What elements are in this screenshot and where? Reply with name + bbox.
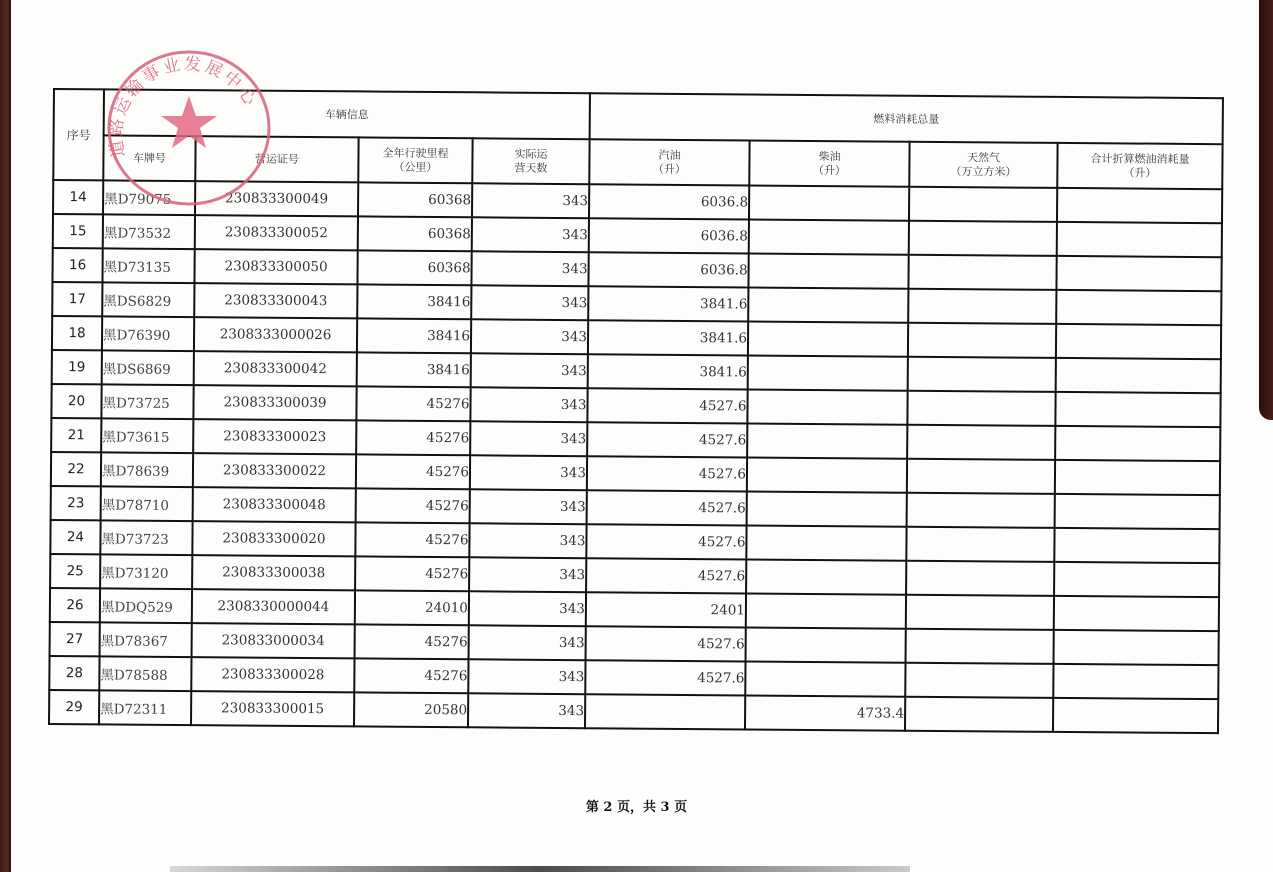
row-seq: 20 xyxy=(51,384,101,418)
row-gasoline: 4527.6 xyxy=(587,490,747,525)
header-days: 实际运 营天数 xyxy=(472,138,589,184)
row-total-equiv xyxy=(1055,460,1220,495)
row-natural-gas xyxy=(908,289,1056,324)
row-cert: 230833300052 xyxy=(195,215,358,250)
row-diesel xyxy=(748,287,908,322)
row-days: 343 xyxy=(470,421,587,456)
row-diesel xyxy=(747,457,907,492)
row-days: 343 xyxy=(468,693,585,728)
row-diesel xyxy=(749,185,909,220)
row-diesel xyxy=(749,219,909,254)
row-total-equiv xyxy=(1054,528,1219,563)
row-days: 343 xyxy=(471,353,588,388)
row-seq: 19 xyxy=(52,350,102,384)
row-total-equiv xyxy=(1053,698,1218,733)
row-total-equiv xyxy=(1055,426,1220,461)
row-gasoline: 4527.6 xyxy=(587,456,747,491)
row-total-equiv xyxy=(1054,562,1219,597)
row-cert: 230833300042 xyxy=(194,351,357,386)
row-plate: 黑DS6869 xyxy=(102,350,194,385)
row-mileage: 38416 xyxy=(357,352,471,387)
row-diesel xyxy=(748,253,908,288)
header-fuel-total: 燃料消耗总量 xyxy=(590,93,1223,144)
row-cert: 230833300020 xyxy=(192,521,355,556)
row-natural-gas xyxy=(909,221,1057,256)
row-plate: 黑D78710 xyxy=(101,486,193,521)
row-cert: 230833300049 xyxy=(195,181,358,216)
row-days: 343 xyxy=(470,455,587,490)
row-natural-gas xyxy=(907,459,1055,494)
row-total-equiv xyxy=(1055,392,1220,427)
row-seq: 15 xyxy=(53,214,103,248)
row-total-equiv xyxy=(1057,222,1222,257)
row-diesel xyxy=(747,389,907,424)
row-gasoline: 3841.6 xyxy=(588,320,748,355)
row-mileage: 60368 xyxy=(358,216,472,251)
row-gasoline: 2401 xyxy=(586,592,746,627)
row-plate: 黑D73615 xyxy=(101,418,193,453)
row-cert: 230833300022 xyxy=(193,453,356,488)
table-body: 14黑D79075230833300049603683436036.815黑D7… xyxy=(49,180,1222,733)
row-total-equiv xyxy=(1054,596,1219,631)
row-plate: 黑D78588 xyxy=(99,656,191,691)
row-natural-gas xyxy=(906,629,1054,664)
row-plate: 黑D76390 xyxy=(102,316,194,351)
header-plate: 车牌号 xyxy=(103,135,195,181)
row-total-equiv xyxy=(1056,358,1221,393)
row-total-equiv xyxy=(1054,630,1219,665)
row-total-equiv xyxy=(1056,256,1221,291)
row-natural-gas xyxy=(909,187,1057,222)
row-cert: 230833300028 xyxy=(191,657,354,692)
row-diesel: 4733.4 xyxy=(745,695,905,730)
row-natural-gas xyxy=(908,357,1056,392)
row-diesel xyxy=(746,525,906,560)
row-diesel xyxy=(748,355,908,390)
header-diesel: 柴油 （升） xyxy=(749,140,909,186)
header-gasoline: 汽油 （升） xyxy=(589,139,749,185)
header-natural-gas: 天然气 （万立方米） xyxy=(909,142,1057,188)
row-days: 343 xyxy=(470,387,587,422)
row-plate: 黑DDQ529 xyxy=(100,588,192,623)
row-mileage: 20580 xyxy=(354,692,468,727)
row-seq: 29 xyxy=(49,690,99,724)
row-natural-gas xyxy=(907,493,1055,528)
row-diesel xyxy=(746,559,906,594)
row-mileage: 45276 xyxy=(354,658,468,693)
row-diesel xyxy=(748,321,908,356)
row-mileage: 45276 xyxy=(355,556,469,591)
row-total-equiv xyxy=(1057,188,1222,223)
row-gasoline xyxy=(585,694,745,729)
row-plate: 黑D79075 xyxy=(103,180,195,215)
row-natural-gas xyxy=(908,255,1056,290)
header-mileage: 全年行驶里程 （公里） xyxy=(358,137,472,183)
row-seq: 25 xyxy=(50,554,100,588)
row-total-equiv xyxy=(1053,664,1218,699)
page-number: 第 2 页，共 3 页 xyxy=(0,796,1273,815)
row-mileage: 38416 xyxy=(357,284,471,319)
row-natural-gas xyxy=(907,425,1055,460)
photo-edge-left xyxy=(0,0,11,872)
row-days: 343 xyxy=(470,489,587,524)
row-days: 343 xyxy=(469,523,586,558)
row-mileage: 45276 xyxy=(355,522,469,557)
row-seq: 26 xyxy=(50,588,100,622)
row-diesel xyxy=(746,593,906,628)
row-natural-gas xyxy=(905,697,1053,732)
row-gasoline: 6036.8 xyxy=(589,184,749,219)
photo-edge-bottom xyxy=(170,866,910,872)
row-mileage: 45276 xyxy=(356,386,470,421)
row-natural-gas xyxy=(906,595,1054,630)
row-mileage: 24010 xyxy=(355,590,469,625)
row-cert: 230833000034 xyxy=(192,623,355,658)
row-seq: 23 xyxy=(51,486,101,520)
row-gasoline: 6036.8 xyxy=(589,218,749,253)
row-cert: 230833300039 xyxy=(193,385,356,420)
row-seq: 16 xyxy=(52,248,102,282)
row-gasoline: 4527.6 xyxy=(586,524,746,559)
row-diesel xyxy=(745,661,905,696)
row-plate: 黑DS6829 xyxy=(102,282,194,317)
row-mileage: 45276 xyxy=(356,488,470,523)
row-seq: 17 xyxy=(52,282,102,316)
row-diesel xyxy=(747,491,907,526)
row-seq: 21 xyxy=(51,418,101,452)
row-cert: 230833300038 xyxy=(192,555,355,590)
row-cert: 230833300023 xyxy=(193,419,356,454)
row-gasoline: 4527.6 xyxy=(586,558,746,593)
row-natural-gas xyxy=(908,323,1056,358)
row-plate: 黑D72311 xyxy=(99,690,191,725)
header-total-equiv: 合计折算燃油消耗量 （升） xyxy=(1057,143,1222,189)
row-cert: 230833300048 xyxy=(193,487,356,522)
row-mileage: 60368 xyxy=(357,250,471,285)
fuel-consumption-table: 序号 车辆信息 燃料消耗总量 车牌号 营运证号 全年行驶里程 （公里） 实际运 … xyxy=(48,88,1224,734)
row-plate: 黑D73120 xyxy=(100,554,192,589)
row-days: 343 xyxy=(471,319,588,354)
row-plate: 黑D78367 xyxy=(100,622,192,657)
row-total-equiv xyxy=(1056,324,1221,359)
row-natural-gas xyxy=(906,561,1054,596)
row-seq: 18 xyxy=(52,316,102,350)
row-mileage: 45276 xyxy=(356,420,470,455)
row-mileage: 45276 xyxy=(355,624,469,659)
row-gasoline: 4527.6 xyxy=(587,422,747,457)
row-days: 343 xyxy=(469,557,586,592)
row-days: 343 xyxy=(471,285,588,320)
row-plate: 黑D78639 xyxy=(101,452,193,487)
row-gasoline: 4527.6 xyxy=(586,626,746,661)
row-gasoline: 6036.8 xyxy=(588,252,748,287)
row-gasoline: 3841.6 xyxy=(588,354,748,389)
photo-edge-right xyxy=(1259,0,1273,420)
row-days: 343 xyxy=(469,591,586,626)
row-total-equiv xyxy=(1056,290,1221,325)
row-days: 343 xyxy=(472,217,589,252)
header-vehicle-info: 车辆信息 xyxy=(104,89,590,139)
row-natural-gas xyxy=(907,391,1055,426)
row-mileage: 45276 xyxy=(356,454,470,489)
row-cert: 2308330000044 xyxy=(192,589,355,624)
row-seq: 24 xyxy=(50,520,100,554)
row-days: 343 xyxy=(468,659,585,694)
row-seq: 28 xyxy=(49,656,99,690)
row-seq: 27 xyxy=(50,622,100,656)
row-seq: 14 xyxy=(53,180,103,214)
row-days: 343 xyxy=(471,251,588,286)
row-seq: 22 xyxy=(51,452,101,486)
row-plate: 黑D73532 xyxy=(103,214,195,249)
row-diesel xyxy=(747,423,907,458)
row-days: 343 xyxy=(469,625,586,660)
header-seq: 序号 xyxy=(53,89,104,180)
row-gasoline: 4527.6 xyxy=(585,660,745,695)
row-gasoline: 3841.6 xyxy=(588,286,748,321)
header-cert: 营运证号 xyxy=(195,136,358,182)
row-diesel xyxy=(746,627,906,662)
row-mileage: 38416 xyxy=(357,318,471,353)
row-cert: 230833300015 xyxy=(191,691,354,726)
row-cert: 230833300050 xyxy=(194,249,357,284)
row-cert: 230833300043 xyxy=(194,283,357,318)
row-mileage: 60368 xyxy=(358,182,472,217)
row-cert: 2308333000026 xyxy=(194,317,357,352)
row-total-equiv xyxy=(1055,494,1220,529)
row-plate: 黑D73135 xyxy=(102,248,194,283)
row-days: 343 xyxy=(472,183,589,218)
row-plate: 黑D73723 xyxy=(100,520,192,555)
row-plate: 黑D73725 xyxy=(101,384,193,419)
row-natural-gas xyxy=(906,527,1054,562)
row-gasoline: 4527.6 xyxy=(587,388,747,423)
row-natural-gas xyxy=(905,663,1053,698)
